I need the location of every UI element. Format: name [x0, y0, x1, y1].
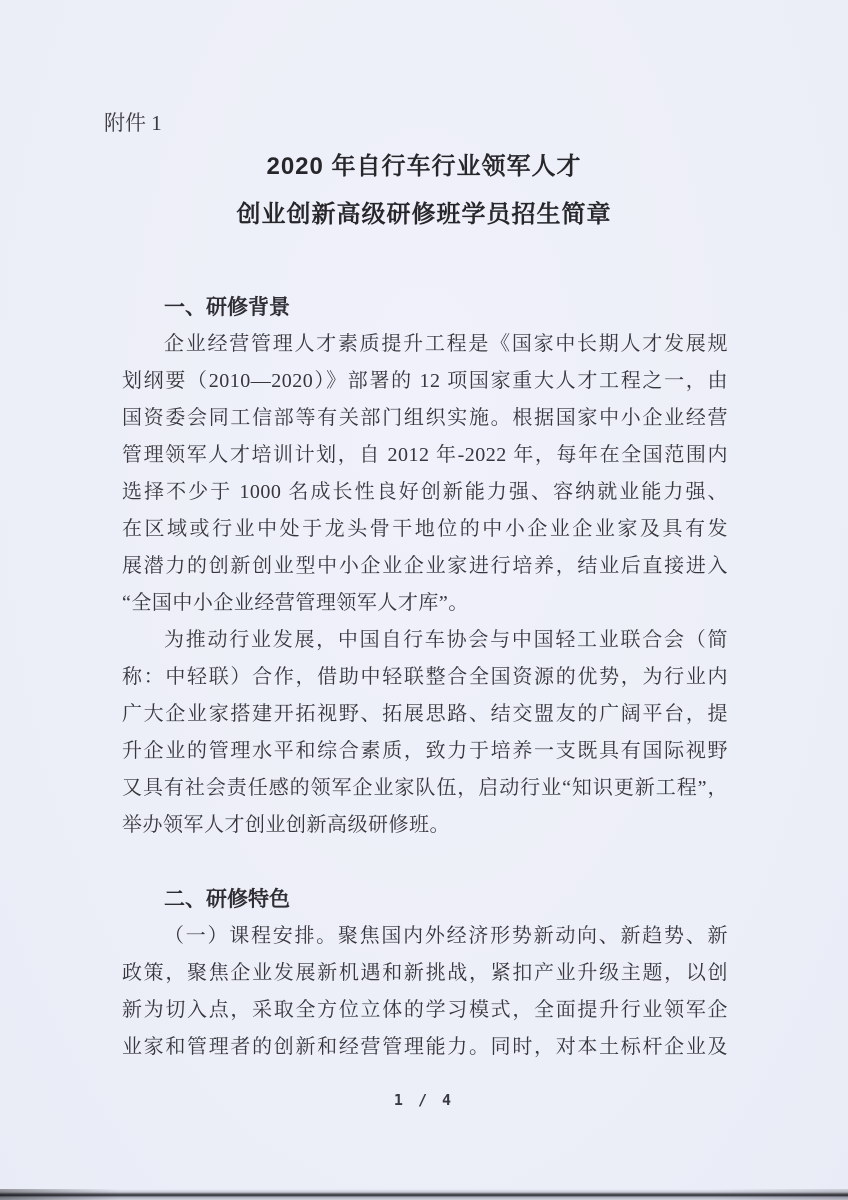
text-line: 政策，聚焦企业发展新机遇和新挑战，紧扣产业升级主题，以创	[122, 955, 728, 992]
paragraph: 为推动行业发展，中国自行车协会与中国轻工业联合会（简称：中轻联）合作，借助中轻联…	[122, 622, 728, 844]
document-page: 附件 1 2020 年自行车行业领军人才 创业创新高级研修班学员招生简章 一、研…	[0, 0, 848, 1200]
section-heading: 二、研修特色	[122, 881, 728, 918]
section-heading: 一、研修背景	[122, 289, 728, 326]
text-line: 举办领军人才创业创新高级研修班。	[122, 807, 728, 844]
paragraph: 企业经营管理人才素质提升工程是《国家中长期人才发展规划纲要（2010—2020）…	[122, 326, 728, 622]
document-title: 2020 年自行车行业领军人才 创业创新高级研修班学员招生简章	[0, 143, 848, 239]
text-line: 广大企业家搭建开拓视野、拓展思路、结交盟友的广阔平台，提	[122, 696, 728, 733]
title-line-2: 创业创新高级研修班学员招生简章	[0, 191, 848, 239]
text-line: 展潜力的创新创业型中小企业企业家进行培养，结业后直接进入	[122, 548, 728, 585]
paragraph: （一）课程安排。聚焦国内外经济形势新动向、新趋势、新政策，聚焦企业发展新机遇和新…	[122, 918, 728, 1066]
document-body: 一、研修背景企业经营管理人才素质提升工程是《国家中长期人才发展规划纲要（2010…	[122, 289, 728, 1066]
title-line-1: 2020 年自行车行业领军人才	[0, 143, 848, 191]
text-line: 管理领军人才培训计划，自 2012 年-2022 年，每年在全国范围内	[122, 437, 728, 474]
text-line: 升企业的管理水平和综合素质，致力于培养一支既具有国际视野	[122, 733, 728, 770]
text-line: 在区域或行业中处于龙头骨干地位的中小企业企业家及具有发	[122, 511, 728, 548]
text-line: 企业经营管理人才素质提升工程是《国家中长期人才发展规	[122, 326, 728, 363]
text-line: 又具有社会责任感的领军企业家队伍，启动行业“知识更新工程”，	[122, 770, 728, 807]
text-line: 选择不少于 1000 名成长性良好创新能力强、容纳就业能力强、	[122, 474, 728, 511]
scan-edge-shadow	[0, 1189, 848, 1200]
text-line: 新为切入点，采取全方位立体的学习模式，全面提升行业领军企	[122, 992, 728, 1029]
text-line: （一）课程安排。聚焦国内外经济形势新动向、新趋势、新	[122, 918, 728, 955]
text-line: 国资委会同工信部等有关部门组织实施。根据国家中小企业经营	[122, 400, 728, 437]
text-line: “全国中小企业经营管理领军人才库”。	[122, 585, 728, 622]
page-number: 1 / 4	[0, 1090, 848, 1110]
text-line: 业家和管理者的创新和经营管理能力。同时，对本土标杆企业及	[122, 1029, 728, 1066]
text-line: 称：中轻联）合作，借助中轻联整合全国资源的优势，为行业内	[122, 659, 728, 696]
text-line: 为推动行业发展，中国自行车协会与中国轻工业联合会（简	[122, 622, 728, 659]
attachment-label: 附件 1	[104, 110, 848, 136]
text-line: 划纲要（2010—2020）》部署的 12 项国家重大人才工程之一，由	[122, 363, 728, 400]
